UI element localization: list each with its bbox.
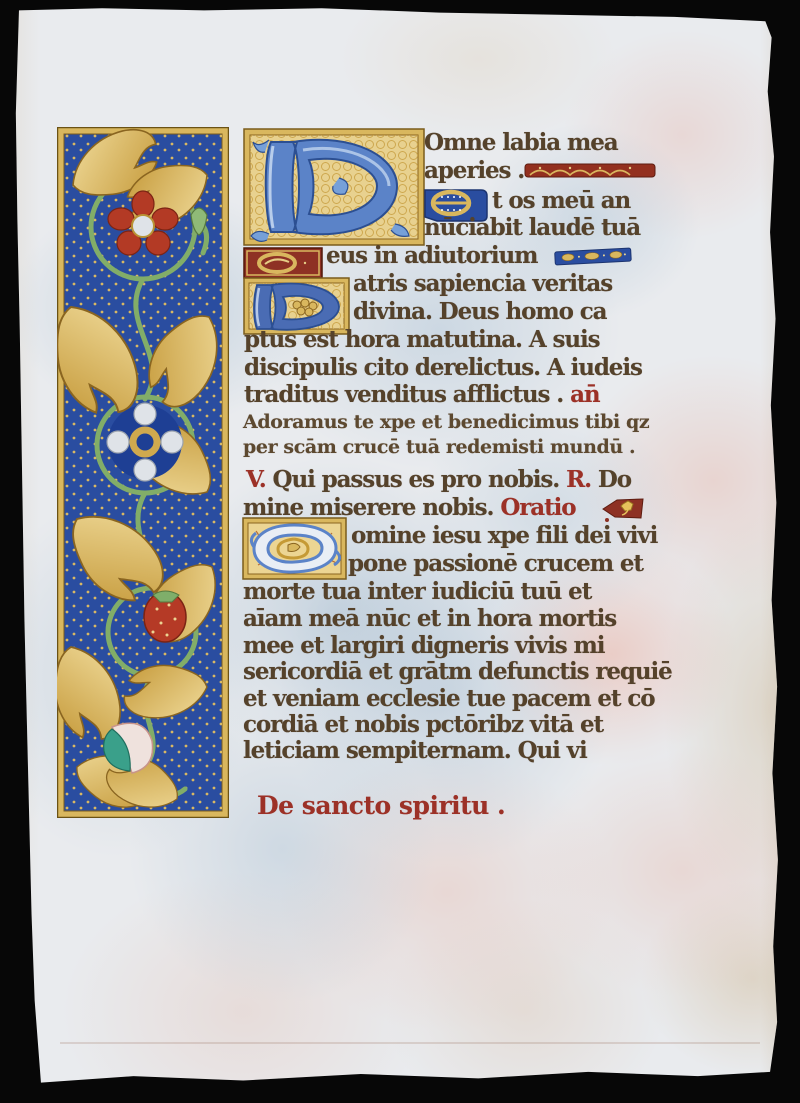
- text-line: t os meū an: [492, 189, 630, 212]
- text-line: Omne labia mea: [424, 131, 618, 154]
- letter-p: [254, 284, 339, 330]
- text-line: cordiā et nobis pctōribz vitā et: [243, 713, 603, 736]
- text-line: Adoramus te xpe et benedicimus tibi qz: [243, 413, 649, 432]
- text-line: leticiam sempiternam. Qui vi: [243, 739, 587, 762]
- line-filler-red-gold: [524, 162, 656, 179]
- text-line: eus in adiutorium: [326, 244, 537, 267]
- letter-d: [251, 525, 339, 572]
- rubric-oratio: Oratio: [500, 494, 575, 521]
- text-line: mee et largiri digneris vivis mi: [243, 634, 604, 657]
- text-line: aīam meā nūc et in hora mortis: [243, 607, 616, 630]
- illuminated-initial-d-oratio: [242, 517, 347, 580]
- illuminated-initial-d-small: [243, 247, 323, 279]
- text-line: V. Qui passus es pro nobis. R. Do: [246, 468, 631, 491]
- versicle-mark: V.: [246, 466, 266, 493]
- text-line: et veniam ecclesie tue pacem et cō: [243, 687, 654, 710]
- illuminated-border-panel: [57, 127, 229, 818]
- strawberry: [144, 591, 186, 642]
- rubric-heading: De sancto spiritu .: [257, 793, 505, 818]
- rubric-abbreviation: an̄: [570, 381, 599, 408]
- photo-background: Omne labia mea aperies . t os meū an nūc…: [0, 0, 800, 1103]
- oratio-pennant-gold-leaf: [601, 496, 647, 524]
- text-segment: Do: [591, 466, 631, 493]
- text-line: traditus venditus afflictus . an̄: [244, 383, 600, 406]
- text-line: atris sapiencia veritas: [353, 272, 612, 295]
- text-line: omine iesu xpe fili dei vivi: [351, 524, 657, 547]
- text-line: divina. Deus homo ca: [353, 300, 606, 323]
- text-segment: Qui passus es pro nobis.: [266, 466, 566, 493]
- text-line: discipulis cito derelictus. A iudeis: [244, 356, 642, 379]
- text-line: morte tua inter iudiciū tuū et: [243, 580, 591, 603]
- text-segment: mine miserere nobis.: [243, 494, 500, 521]
- text-line: sericordiā et grātm defunctis requiē: [243, 660, 672, 683]
- text-segment: traditus venditus afflictus .: [244, 381, 563, 408]
- text-line: mine miserere nobis. Oratio: [243, 496, 576, 519]
- text-line: per scām crucē tuā redemisti mundū .: [243, 438, 635, 457]
- text-line: aperies .: [424, 159, 524, 182]
- faint-ruling-line: [60, 1042, 760, 1044]
- response-mark: R.: [566, 466, 591, 493]
- illuminated-initial-d-large: [243, 128, 425, 246]
- text-line: nūciabit laudē tuā: [424, 216, 640, 239]
- text-line: ptus est hora matutina. A suis: [244, 328, 600, 351]
- text-line: pone passionē crucem et: [348, 552, 643, 575]
